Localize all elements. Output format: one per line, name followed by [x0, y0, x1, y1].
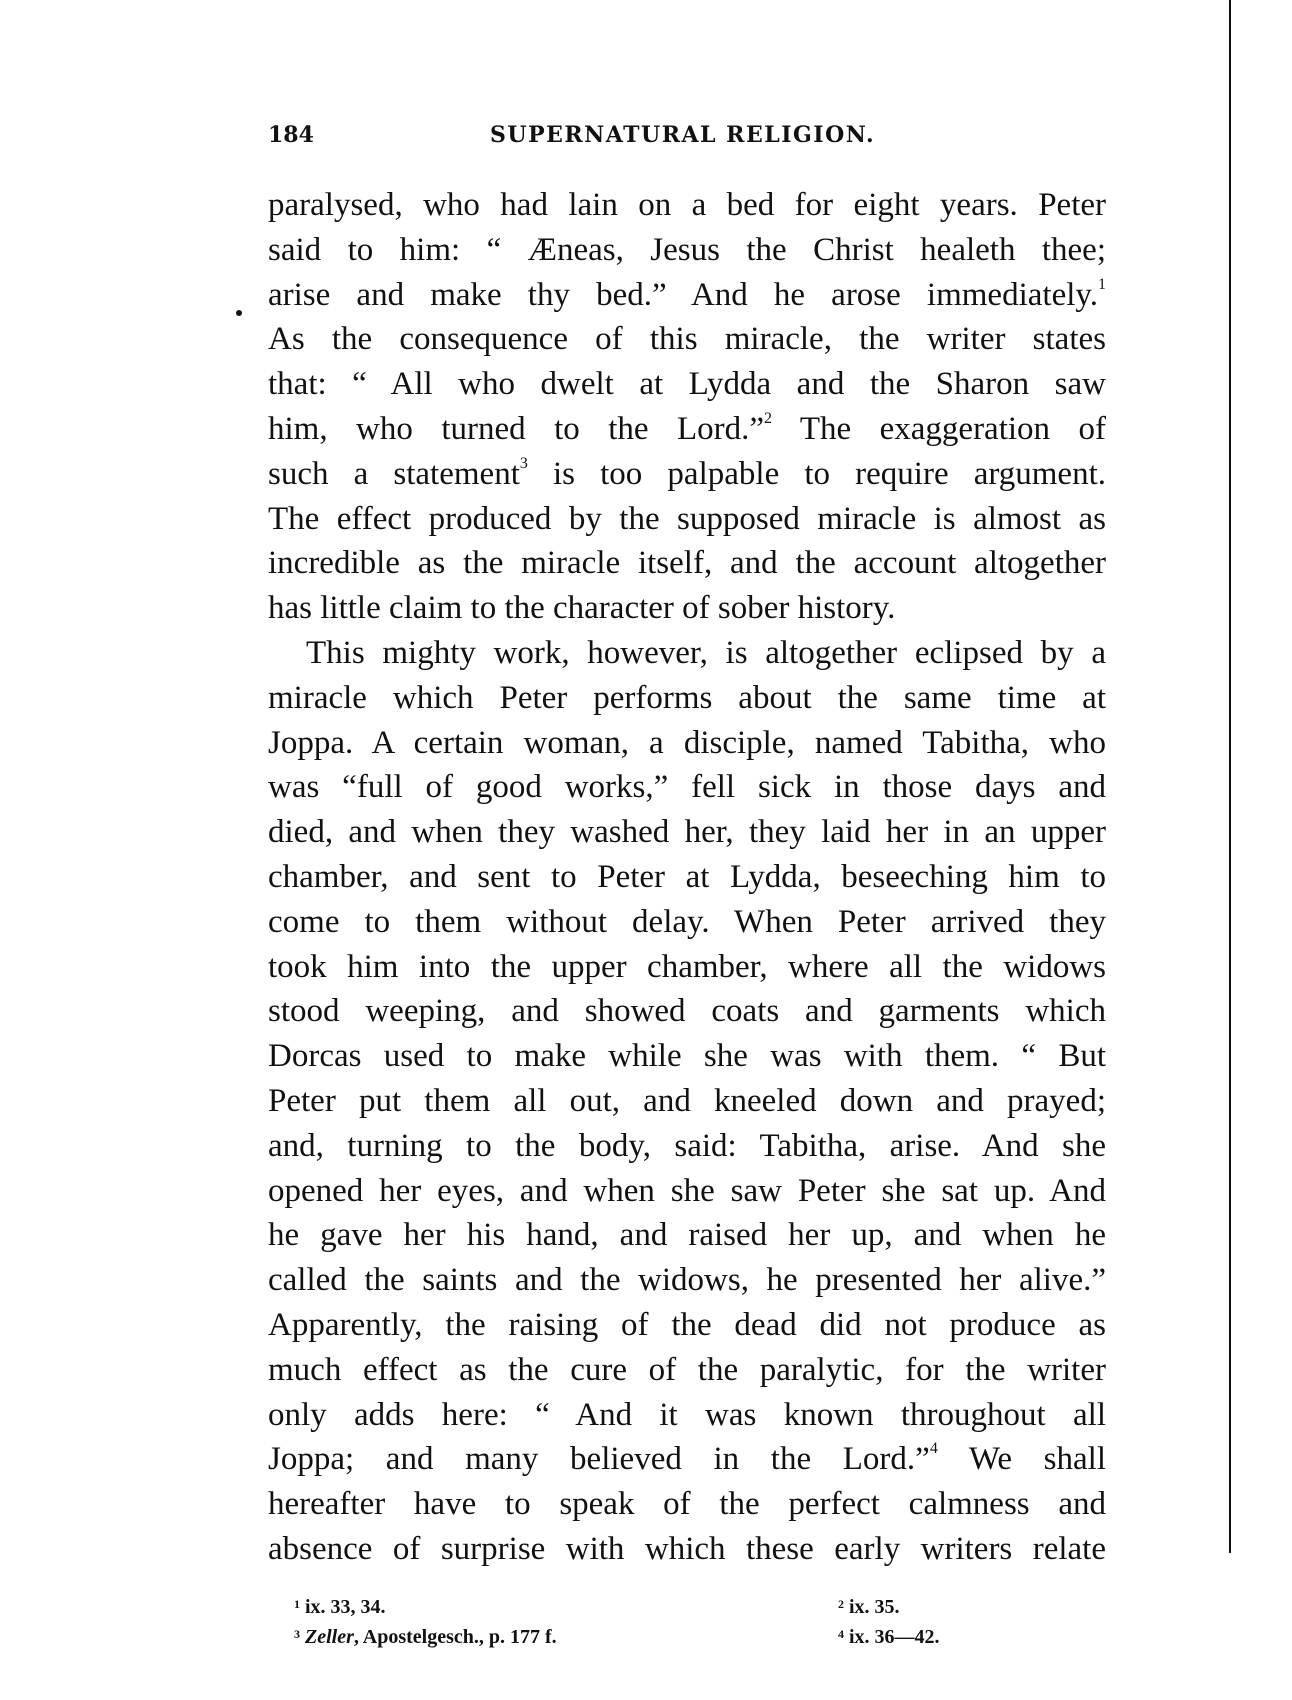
footnote-3: 3 Zeller, Apostelgesch., p. 177 f. [294, 1626, 557, 1649]
text-line: took him into the upper chamber, where a… [268, 945, 1106, 990]
text-line: arise and make thy bed.” And he arose im… [268, 273, 1106, 318]
text-line: miracle which Peter performs about the s… [268, 676, 1106, 721]
text-line: only adds here: “ And it was known throu… [268, 1393, 1106, 1438]
text-line: Joppa. A certain woman, a disciple, name… [268, 721, 1106, 766]
text-line: such a statement3 is too palpable to req… [268, 452, 1106, 497]
text-line: Dorcas used to make while she was with t… [268, 1034, 1106, 1079]
footnote-ref-4: 4 [930, 1440, 938, 1457]
text-line: Joppa; and many believed in the Lord.”4 … [268, 1437, 1106, 1482]
text-line: incredible as the miracle itself, and th… [268, 541, 1106, 586]
footnote-1: 1 ix. 33, 34. [294, 1596, 386, 1619]
text-line: absence of surprise with which these ear… [268, 1527, 1106, 1572]
text-line: hereafter have to speak of the perfect c… [268, 1482, 1106, 1527]
text-line: Apparently, the raising of the dead did … [268, 1303, 1106, 1348]
body-text: paralysed, who had lain on a bed for eig… [268, 183, 1106, 1572]
text-line: died, and when they washed her, they lai… [268, 810, 1106, 855]
text-line: The effect produced by the supposed mira… [268, 497, 1106, 542]
footnote-ref-3: 3 [520, 455, 528, 472]
text-line: was “full of good works,” fell sick in t… [268, 765, 1106, 810]
text-line: he gave her his hand, and raised her up,… [268, 1213, 1106, 1258]
running-header: 184 SUPERNATURAL RELIGION. [268, 122, 1108, 158]
text-line: This mighty work, however, is altogether… [268, 631, 1106, 676]
running-title: SUPERNATURAL RELIGION. [490, 122, 875, 148]
footnote-4: 4 ix. 36—42. [838, 1626, 940, 1649]
text-line: chamber, and sent to Peter at Lydda, bes… [268, 855, 1106, 900]
text-line: come to them without delay. When Peter a… [268, 900, 1106, 945]
text-line: said to him: “ Æneas, Jesus the Christ h… [268, 228, 1106, 273]
text-line: stood weeping, and showed coats and garm… [268, 989, 1106, 1034]
text-line: has little claim to the character of sob… [268, 586, 1106, 631]
page-edge-line [1229, 0, 1231, 1553]
text-line: paralysed, who had lain on a bed for eig… [268, 183, 1106, 228]
text-line: called the saints and the widows, he pre… [268, 1258, 1106, 1303]
page-number: 184 [268, 122, 314, 148]
text-line: much effect as the cure of the paralytic… [268, 1348, 1106, 1393]
text-line: Peter put them all out, and kneeled down… [268, 1079, 1106, 1124]
footnote-ref-2: 2 [764, 410, 772, 427]
scan-artifact-dot [236, 310, 242, 316]
text-line: opened her eyes, and when she saw Peter … [268, 1169, 1106, 1214]
footnote-ref-1: 1 [1098, 276, 1106, 293]
text-line: As the consequence of this miracle, the … [268, 317, 1106, 362]
text-line: and, turning to the body, said: Tabitha,… [268, 1124, 1106, 1169]
text-line: that: “ All who dwelt at Lydda and the S… [268, 362, 1106, 407]
text-line: him, who turned to the Lord.”2 The exagg… [268, 407, 1106, 452]
footnote-2: 2 ix. 35. [838, 1596, 900, 1619]
